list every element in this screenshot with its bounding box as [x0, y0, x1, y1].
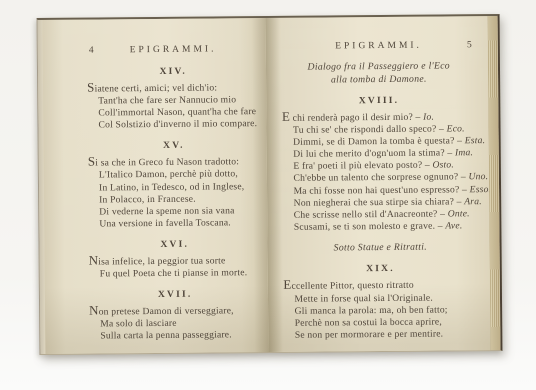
right-page: EPIGRAMMI. 5 Dialogo fra il Passeggiero … [265, 16, 490, 352]
poem-line: Scusami, se ti son molesto e grave. – Av… [283, 220, 478, 234]
poem-line: Una versione in favella Toscana. [88, 217, 261, 231]
epigram-section-xvi: XVI. Nisa infelice, la peggior tua sorte… [88, 239, 261, 281]
left-page-header: 4 EPIGRAMMI. [87, 44, 260, 58]
left-page: 4 EPIGRAMMI. XIV. Siatene certi, amici; … [43, 18, 268, 354]
echo-word: Ara. [464, 196, 482, 207]
running-head-right: EPIGRAMMI. [281, 40, 476, 52]
section-number: XIV. [87, 66, 260, 78]
dialog-title: Dialogo fra il Passeggiero e l'Eco alla … [281, 60, 476, 87]
poem-line-text: Che scrisse nello stil d'Anacreonte? – [294, 208, 448, 220]
echo-word: Esso. [470, 184, 491, 195]
poem-line: Siatene certi, amici; vel dich'io: [87, 80, 260, 96]
poem-line-text: Scusami, se ti son molesto e grave. – [294, 220, 446, 232]
poem-line: L'Italico Damon, perchè più dotto, [88, 169, 261, 183]
page-spread: 4 EPIGRAMMI. XIV. Siatene certi, amici; … [38, 16, 501, 354]
dialog-title-line: Dialogo fra il Passeggiero e l'Eco [281, 60, 476, 74]
poem-line-text: Tu chi se' che rispondi dallo speco? – [293, 124, 447, 136]
epigram-section-xviii: XVIII. E chi renderà pago il desir mio? … [282, 95, 478, 234]
poem-line: Si sa che in Greco fu Nason tradotto: [88, 154, 261, 170]
page-number-right: 5 [467, 40, 472, 50]
poem-line: Sulla carta la penna passeggiare. [89, 329, 262, 343]
poem-line: Se non per mormorare e per mentire. [284, 328, 479, 342]
left-page-text: 4 EPIGRAMMI. XIV. Siatene certi, amici; … [43, 18, 268, 354]
poem-line-text: Non niegherai che sua stirpe sia chiara?… [294, 196, 465, 208]
echo-word: Esta. [465, 135, 486, 146]
open-book: 4 EPIGRAMMI. XIV. Siatene certi, amici; … [37, 14, 503, 355]
mid-heading: Sotto Statue e Ritratti. [283, 241, 478, 255]
poem-line-text: Ch'ebbe un talento che sorprese ognuno? … [293, 172, 468, 185]
poem-line: Nisa infelice, la peggior tua sorte [89, 253, 262, 269]
poem-line: Col Solstizio d'inverno il mio compare. [87, 118, 260, 132]
echo-word: Eco. [447, 123, 465, 134]
epigram-section-xv: XV. Si sa che in Greco fu Nason tradotto… [88, 140, 261, 230]
poem-line-text: E chi renderà pago il desir mio? – [282, 112, 423, 124]
epigram-section-xvii: XVII. Non pretese Damon di verseggiare, … [89, 289, 262, 343]
echo-word: Io. [423, 112, 434, 123]
section-number: XIX. [283, 264, 478, 276]
poem-line-text: Dimmi, se di Damon la tomba è questa? – [293, 135, 465, 147]
echo-word: Osto. [432, 160, 454, 171]
epigram-section-xiv: XIV. Siatene certi, amici; vel dich'io: … [87, 66, 260, 132]
poem-line-text: Di lui che merito d'ogn'uom la stima? – [293, 148, 455, 160]
poem-line-text: Ma chi fosse non hai quest'uno espresso?… [294, 184, 470, 197]
echo-word: Uno. [468, 172, 488, 183]
section-number: XV. [88, 140, 261, 152]
section-number: XVII. [89, 289, 262, 301]
poem-line: In Latino, in Tedesco, od in Inglese, [88, 181, 261, 195]
book-photo: 4 EPIGRAMMI. XIV. Siatene certi, amici; … [0, 0, 536, 390]
epigram-section-xix: XIX. Eccellente Pittor, questo ritratto … [283, 264, 478, 342]
right-page-header: EPIGRAMMI. 5 [281, 40, 476, 54]
page-number-left: 4 [89, 46, 94, 56]
right-page-text: EPIGRAMMI. 5 Dialogo fra il Passeggiero … [265, 16, 490, 352]
echo-word: Onte. [448, 208, 470, 219]
running-head-left: EPIGRAMMI. [87, 44, 260, 56]
dialog-title-line: alla tomba di Damone. [282, 73, 477, 87]
section-number: XVI. [88, 239, 261, 251]
echo-word: Ima. [455, 148, 473, 159]
echo-word: Ave. [445, 220, 462, 231]
section-number: XVIII. [282, 95, 477, 107]
poem-line: Fu quel Poeta che ti pianse in morte. [89, 267, 262, 281]
poem-line-text: E fra' poeti il più elevato posto? – [293, 160, 432, 172]
poem-line: Non pretese Damon di verseggiare, [89, 303, 262, 319]
